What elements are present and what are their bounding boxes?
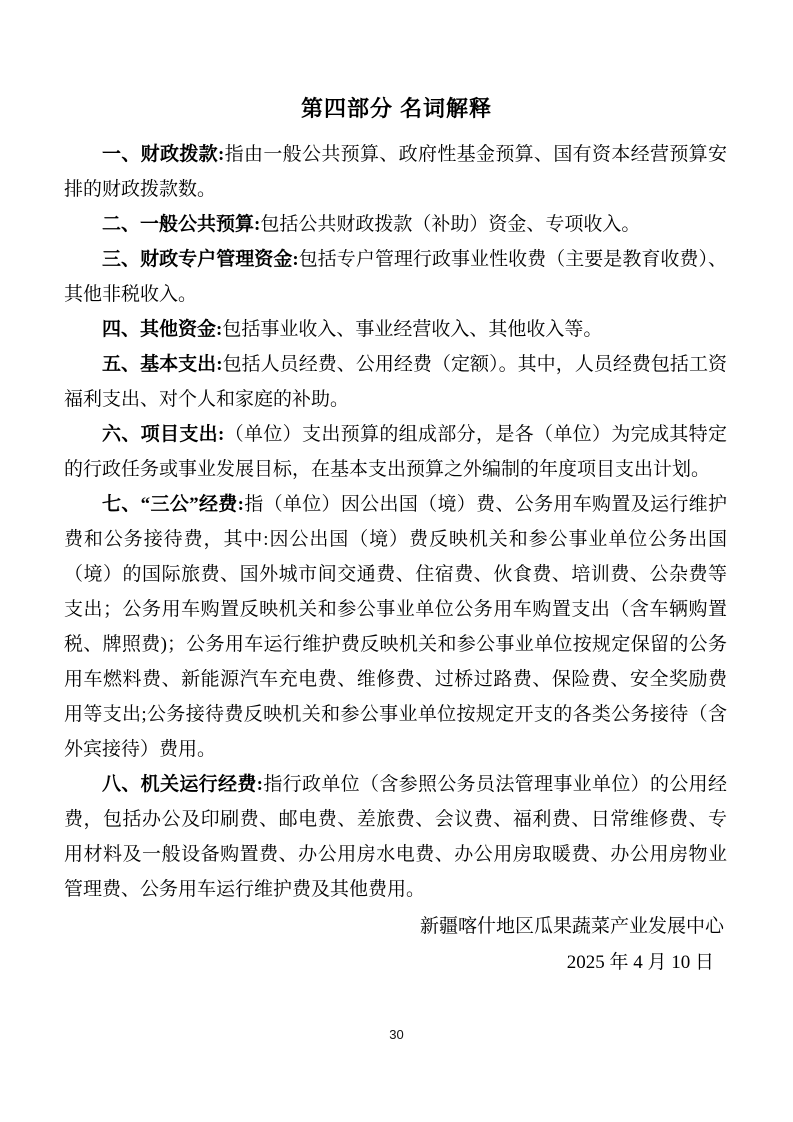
term-label: 七、“三公”经费:	[102, 494, 244, 515]
term-definition: 包括事业收入、事业经营收入、其他收入等。	[222, 319, 602, 340]
term-label: 八、机关运行经费:	[102, 774, 263, 795]
term-definition: 指（单位）因公出国（境）费、公务用车购置及运行维护费和公务接待费，其中:因公出国…	[64, 494, 727, 760]
term-definition: 包括公共财政拨款（补助）资金、专项收入。	[260, 214, 640, 235]
signature-organization: 新疆喀什地区瓜果蔬菜产业发展中心	[64, 909, 727, 945]
term-label: 五、基本支出:	[102, 354, 223, 375]
term-paragraph-7: 七、“三公”经费:指（单位）因公出国（境）费、公务用车购置及运行维护费和公务接待…	[64, 487, 727, 767]
term-paragraph-8: 八、机关运行经费:指行政单位（含参照公务员法管理事业单位）的公用经费，包括办公及…	[64, 767, 727, 907]
term-label: 四、其他资金:	[102, 319, 222, 340]
term-label: 二、一般公共预算:	[102, 214, 260, 235]
term-label: 一、财政拨款:	[102, 144, 224, 165]
term-paragraph-2: 二、一般公共预算:包括公共财政拨款（补助）资金、专项收入。	[64, 207, 727, 242]
term-label: 三、财政专户管理资金:	[102, 249, 299, 270]
term-paragraph-3: 三、财政专户管理资金:包括专户管理行政事业性收费（主要是教育收费）、其他非税收入…	[64, 242, 727, 312]
document-title: 第四部分 名词解释	[0, 0, 793, 125]
term-label: 六、项目支出:	[102, 424, 224, 445]
term-paragraph-1: 一、财政拨款:指由一般公共预算、政府性基金预算、国有资本经营预算安排的财政拨款数…	[64, 137, 727, 207]
document-body: 一、财政拨款:指由一般公共预算、政府性基金预算、国有资本经营预算安排的财政拨款数…	[64, 137, 727, 981]
page-number: 30	[0, 1027, 793, 1042]
term-paragraph-6: 六、项目支出:（单位）支出预算的组成部分，是各（单位）为完成其特定的行政任务或事…	[64, 417, 727, 487]
signature-date: 2025 年 4 月 10 日	[64, 945, 727, 981]
term-paragraph-4: 四、其他资金:包括事业收入、事业经营收入、其他收入等。	[64, 312, 727, 347]
term-paragraph-5: 五、基本支出:包括人员经费、公用经费（定额）。其中，人员经费包括工资福利支出、对…	[64, 347, 727, 417]
document-page: 第四部分 名词解释 一、财政拨款:指由一般公共预算、政府性基金预算、国有资本经营…	[0, 0, 793, 1122]
